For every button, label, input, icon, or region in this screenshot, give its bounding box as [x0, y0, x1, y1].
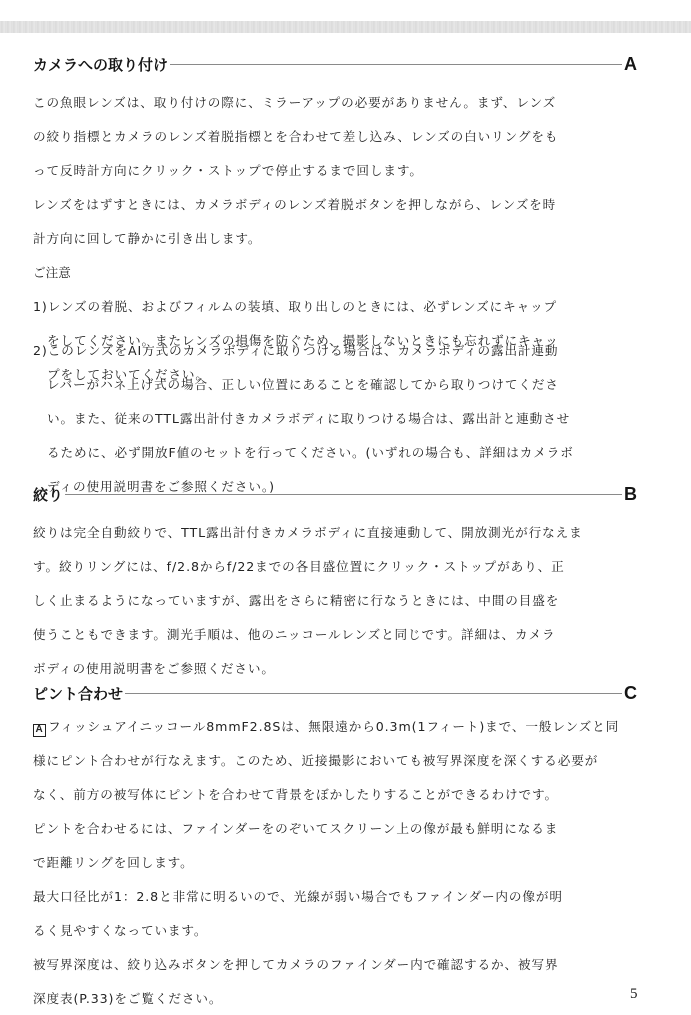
text-line: の絞り指標とカメラのレンズ着脱指標とを合わせて差し込み、レンズの白いリングをも	[33, 120, 639, 154]
section-heading-focusing: ピント合わせ C	[33, 681, 637, 705]
heading-rule	[65, 494, 622, 495]
text-line: るために、必ず開放F値のセットを行ってください。(いずれの場合も、詳細はカメラボ	[33, 436, 639, 470]
section-heading-aperture: 絞り B	[33, 482, 637, 506]
heading-rule	[125, 693, 622, 694]
text-line: 様にピント合わせが行なえます。このため、近接撮影においても被写界深度を深くする必…	[33, 744, 639, 778]
text-line: 2)このレンズをAI方式のカメラボディに取りつける場合は、カメラボディの露出計連…	[33, 334, 639, 368]
text-line: この魚眼レンズは、取り付けの際に、ミラーアップの必要がありません。まず、レンズ	[33, 86, 639, 120]
page-number: 5	[630, 986, 638, 1003]
text-line: す。絞りリングには、f/2.8からf/22までの各目盛位置にクリック・ストップが…	[33, 550, 639, 584]
paragraph-aperture: 絞りは完全自動絞りで、TTL露出計付きカメラボディに直接連動して、開放測光が行な…	[33, 516, 639, 686]
text-line: レンズをはずすときには、カメラボディのレンズ着脱ボタンを押しながら、レンズを時	[33, 188, 639, 222]
section-letter: A	[624, 54, 637, 75]
ai-badge-icon: A	[33, 724, 46, 737]
text-line: 深度表(P.33)をご覧ください。	[33, 982, 639, 1015]
text-line: ピントを合わせるには、ファインダーをのぞいてスクリーン上の像が最も鮮明になるま	[33, 812, 639, 846]
caution-label: ご注意	[33, 256, 71, 290]
text-line: 絞りは完全自動絞りで、TTL露出計付きカメラボディに直接連動して、開放測光が行な…	[33, 516, 639, 550]
text-line: しく止まるようになっていますが、露出をさらに精密に行なうときには、中間の目盛を	[33, 584, 639, 618]
caution-note-2: 2)このレンズをAI方式のカメラボディに取りつける場合は、カメラボディの露出計連…	[33, 334, 639, 504]
section-title: カメラへの取り付け	[33, 54, 168, 75]
paragraph-focusing: Aフィッシュアイニッコール8mmF2.8Sは、無限遠から0.3m(1フィート)ま…	[33, 710, 639, 1015]
text-segment: フィッシュアイニッコール8mmF2.8Sは、無限遠から0.3m(1フィート)まで…	[48, 719, 619, 734]
page-top-band	[0, 21, 691, 33]
text-line: レバーがハネ上げ式の場合、正しい位置にあることを確認してから取りつけてくださ	[33, 368, 639, 402]
text-line: で距離リングを回します。	[33, 846, 639, 880]
section-title: 絞り	[33, 484, 63, 505]
text-line: るく見やすくなっています。	[33, 914, 639, 948]
text-line: い。また、従来のTTL露出計付きカメラボディに取りつける場合は、露出計と連動させ	[33, 402, 639, 436]
section-letter: C	[624, 683, 637, 704]
text-line: 使うこともできます。測光手順は、他のニッコールレンズと同じです。詳細は、カメラ	[33, 618, 639, 652]
text-line: Aフィッシュアイニッコール8mmF2.8Sは、無限遠から0.3m(1フィート)ま…	[33, 710, 639, 744]
section-title: ピント合わせ	[33, 683, 123, 704]
section-heading-mounting: カメラへの取り付け A	[33, 52, 637, 76]
text-line: 計方向に回して静かに引き出します。	[33, 222, 639, 256]
text-line: 最大口径比が1：2.8と非常に明るいので、光線が弱い場合でもファインダー内の像が…	[33, 880, 639, 914]
text-line: 1)レンズの着脱、およびフィルムの装填、取り出しのときには、必ずレンズにキャップ	[33, 290, 639, 324]
text-line: 被写界深度は、絞り込みボタンを押してカメラのファインダー内で確認するか、被写界	[33, 948, 639, 982]
section-letter: B	[624, 484, 637, 505]
text-line: なく、前方の被写体にピントを合わせて背景をぼかしたりすることができるわけです。	[33, 778, 639, 812]
text-line: って反時計方向にクリック・ストップで停止するまで回します。	[33, 154, 639, 188]
heading-rule	[170, 64, 622, 65]
paragraph-mounting-1: この魚眼レンズは、取り付けの際に、ミラーアップの必要がありません。まず、レンズ …	[33, 86, 639, 256]
